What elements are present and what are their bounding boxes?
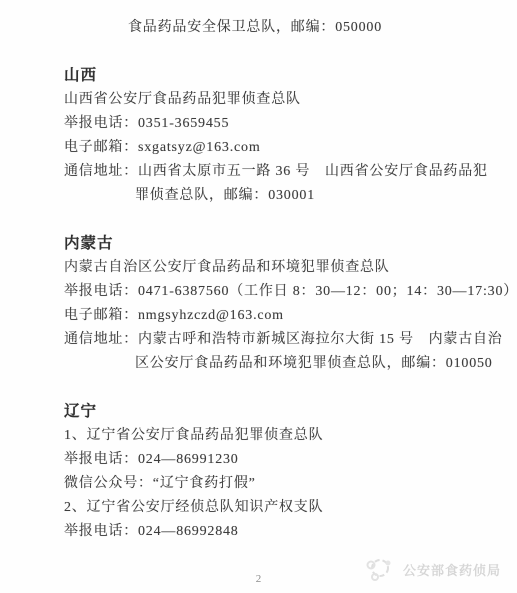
postal-address-line-2: 区公安厅食品药品和环境犯罪侦查总队，邮编：010050 <box>135 352 477 376</box>
province-heading: 山西 <box>64 64 477 88</box>
watermark: 公安部食药侦局 <box>366 556 501 582</box>
section-neimenggu: 内蒙古 内蒙古自治区公安厅食品药品和环境犯罪侦查总队 举报电话：0471-638… <box>64 232 477 376</box>
report-phone: 举报电话：024—86992848 <box>64 520 477 544</box>
unit-item-2: 2、辽宁省公安厅经侦总队知识产权支队 <box>64 496 477 520</box>
email-address: 电子邮箱：sxgatsyz@163.com <box>64 136 477 160</box>
continuation-line: 食品药品安全保卫总队，邮编：050000 <box>128 16 477 40</box>
report-phone: 举报电话：0471-6387560（工作日 8：30—12：00；14：30—1… <box>64 280 477 304</box>
unit-name: 山西省公安厅食品药品犯罪侦查总队 <box>64 88 477 112</box>
wechat-account: 微信公众号：“辽宁食药打假” <box>64 472 477 496</box>
section-liaoning: 辽宁 1、辽宁省公安厅食品药品犯罪侦查总队 举报电话：024—86991230 … <box>64 400 477 544</box>
unit-name: 内蒙古自治区公安厅食品药品和环境犯罪侦查总队 <box>64 256 477 280</box>
postal-address-line-2: 罪侦查总队，邮编：030001 <box>135 184 477 208</box>
province-heading: 辽宁 <box>64 400 477 424</box>
unit-item-1: 1、辽宁省公安厅食品药品犯罪侦查总队 <box>64 424 477 448</box>
section-shanxi: 山西 山西省公安厅食品药品犯罪侦查总队 举报电话：0351-3659455 电子… <box>64 64 477 208</box>
badge-icon <box>366 556 398 582</box>
province-heading: 内蒙古 <box>64 232 477 256</box>
postal-address-line-1: 通信地址：山西省太原市五一路 36 号 山西省公安厅食品药品犯 <box>64 160 477 184</box>
email-address: 电子邮箱：nmgsyhzczd@163.com <box>64 304 477 328</box>
document-page: 食品药品安全保卫总队，邮编：050000 山西 山西省公安厅食品药品犯罪侦查总队… <box>0 0 517 593</box>
postal-address-line-1: 通信地址：内蒙古呼和浩特市新城区海拉尔大街 15 号 内蒙古自治 <box>64 328 477 352</box>
report-phone: 举报电话：0351-3659455 <box>64 112 477 136</box>
watermark-text: 公安部食药侦局 <box>403 560 501 579</box>
report-phone: 举报电话：024—86991230 <box>64 448 477 472</box>
